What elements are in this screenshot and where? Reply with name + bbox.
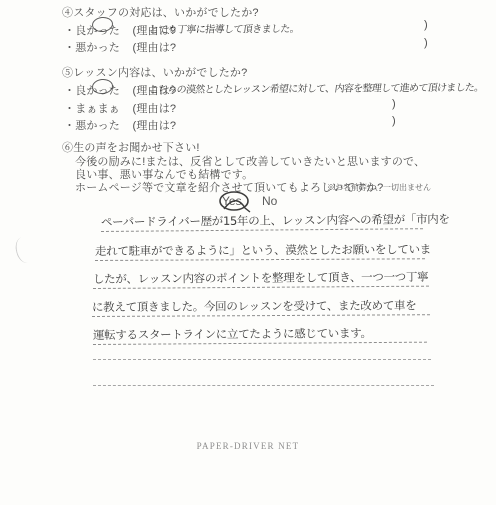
- q4-option-bad-prompt: (理由は?: [132, 42, 176, 54]
- q4-bad-close-paren: ): [424, 37, 428, 49]
- q5-bad-close-paren: ): [392, 115, 396, 127]
- q5-option-bad-prompt: (理由は?: [132, 120, 176, 132]
- question-4-title: ④スタッフの対応は、いかがでしたか?: [62, 4, 259, 20]
- scanned-survey-page: ④スタッフの対応は、いかがでしたか? ・良かった (理由は? とても丁寧に指導し…: [0, 0, 496, 505]
- q5-option-bad: ・悪かった (理由は?: [64, 116, 176, 134]
- comment-line-7-empty: [93, 383, 434, 386]
- q5-option-bad-label: ・悪かった: [64, 120, 120, 132]
- yes-selection-scribble: [214, 189, 256, 215]
- comment-line-6-empty: [93, 357, 431, 360]
- comment-line-1: ペーパードライバー歴が15年の上、レッスン内容への希望が「市内を: [101, 213, 423, 231]
- q5-handwritten-answer: こちらの漠然としたレッスン希望に対して、内容を整理して進めて頂けました。: [148, 79, 485, 96]
- q4-handwritten-answer: とても丁寧に指導して頂きました。: [148, 20, 300, 36]
- q5-option-soso: ・まぁまぁ (理由は?: [64, 99, 176, 117]
- q6-no-label: No: [262, 194, 277, 208]
- q4-option-bad-label: ・悪かった: [64, 42, 120, 54]
- q4-option-bad: ・悪かった (理由は?: [64, 38, 176, 56]
- question-5-title: ⑤レッスン内容は、いかがでしたか?: [62, 64, 247, 80]
- comment-line-5: 運転するスタートラインに立てたように感じています。: [93, 327, 427, 345]
- q5-soso-close-paren: ): [392, 98, 396, 110]
- footer-brand: PAPER-DRIVER NET: [0, 441, 496, 451]
- q5-option-soso-label: ・まぁまぁ: [64, 103, 120, 115]
- q5-option-soso-prompt: (理由は?: [132, 103, 176, 115]
- comment-line-2: 走れて駐車ができるように」という、漠然としたお願いをしていま: [95, 243, 425, 260]
- pencil-mark-artifact: [13, 235, 36, 264]
- q4-good-close-paren: ): [424, 19, 428, 31]
- comment-line-4: に教えて頂きました。今回のレッスンを受けて、また改めて車を: [92, 299, 430, 316]
- comment-line-3: したが、レッスン内容のポイントを整理をして頂き、一つ一つ丁寧: [93, 271, 429, 289]
- q6-anonymity-note: ※お名前等は、一切出ません: [327, 182, 431, 193]
